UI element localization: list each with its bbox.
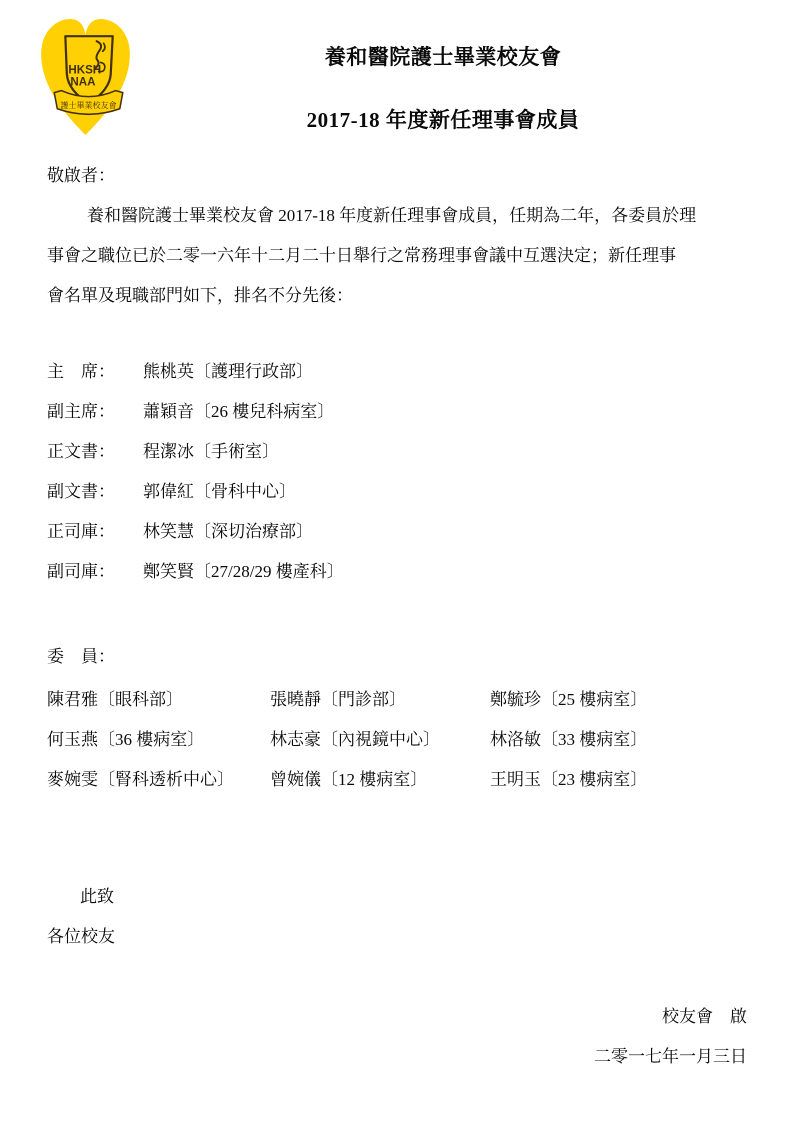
committee-grid: 陳君雅〔眼科部〕 張曉靜〔門診部〕 鄭毓珍〔25 樓病室〕 何玉燕〔36 樓病室… — [47, 680, 747, 800]
officer-row: 副主席：蕭穎音〔26 樓兒科病室〕 — [47, 392, 747, 432]
banner-text: 護士畢業校友會 — [60, 100, 116, 110]
paragraph-line: 會名單及現職部門如下，排名不分先後： — [47, 276, 747, 316]
officer-name: 程潔冰〔手術室〕 — [143, 442, 279, 461]
committee-member: 陳君雅〔眼科部〕 — [47, 680, 270, 720]
committee-member: 林志豪〔內視鏡中心〕 — [270, 720, 490, 760]
officer-name: 蕭穎音〔26 樓兒科病室〕 — [143, 402, 334, 421]
association-logo: HKSH NAA 護士畢業校友會 — [37, 12, 134, 139]
officer-title: 副司庫： — [47, 552, 143, 592]
logo-acronym-hksh: HKSH — [68, 64, 101, 76]
officer-name: 林笑慧〔深切治療部〕 — [143, 522, 313, 541]
page-title: 養和醫院護士畢業校友會 — [92, 0, 794, 70]
logo-acronym-naa: NAA — [70, 77, 96, 89]
opening-paragraph: 養和醫院護士畢業校友會 2017-18 年度新任理事會成員，任期為二年，各委員於… — [47, 196, 747, 316]
committee-member: 鄭毓珍〔25 樓病室〕 — [490, 680, 747, 720]
page-subtitle: 2017-18 年度新任理事會成員 — [92, 107, 794, 133]
signoff-date: 二零一七年一月三日 — [47, 1037, 747, 1077]
paragraph-line: 事會之職位已於二零一六年十二月二十日舉行之常務理事會議中互選決定；新任理事 — [47, 236, 747, 276]
closing-cizhi: 此致 — [47, 877, 747, 917]
closing-recipients: 各位校友 — [47, 917, 747, 957]
officer-row: 副文書：郭偉紅〔骨科中心〕 — [47, 472, 747, 512]
letter-body: 敬啟者： 養和醫院護士畢業校友會 2017-18 年度新任理事會成員，任期為二年… — [0, 156, 794, 1077]
committee-row: 何玉燕〔36 樓病室〕 林志豪〔內視鏡中心〕 林洛敏〔33 樓病室〕 — [47, 720, 747, 760]
document-page: HKSH NAA 護士畢業校友會 養和醫院護士畢業校友會 2017-18 年度新… — [0, 0, 794, 1123]
officers-list: 主 席：熊桃英〔護理行政部〕 副主席：蕭穎音〔26 樓兒科病室〕 正文書：程潔冰… — [47, 352, 747, 592]
committee-member: 林洛敏〔33 樓病室〕 — [490, 720, 747, 760]
officer-title: 正文書： — [47, 432, 143, 472]
officer-name: 郭偉紅〔骨科中心〕 — [143, 482, 296, 501]
officer-row: 副司庫：鄭笑賢〔27/28/29 樓產科〕 — [47, 552, 747, 592]
officer-name: 熊桃英〔護理行政部〕 — [143, 362, 313, 381]
closing-block: 此致 各位校友 — [47, 877, 747, 957]
officer-title: 正司庫： — [47, 512, 143, 552]
signoff-sender: 校友會 啟 — [47, 997, 747, 1037]
officer-title: 主 席： — [47, 352, 143, 392]
paragraph-line: 養和醫院護士畢業校友會 2017-18 年度新任理事會成員，任期為二年，各委員於… — [47, 196, 747, 236]
officer-row: 正司庫：林笑慧〔深切治療部〕 — [47, 512, 747, 552]
signoff-block: 校友會 啟 二零一七年一月三日 — [47, 997, 747, 1077]
officer-row: 正文書：程潔冰〔手術室〕 — [47, 432, 747, 472]
committee-member: 何玉燕〔36 樓病室〕 — [47, 720, 270, 760]
committee-member: 麥婉雯〔腎科透析中心〕 — [47, 760, 270, 800]
salutation: 敬啟者： — [47, 156, 747, 196]
committee-member: 張曉靜〔門診部〕 — [270, 680, 490, 720]
committee-label: 委 員： — [47, 637, 747, 677]
officer-name: 鄭笑賢〔27/28/29 樓產科〕 — [143, 562, 344, 581]
committee-row: 陳君雅〔眼科部〕 張曉靜〔門診部〕 鄭毓珍〔25 樓病室〕 — [47, 680, 747, 720]
committee-member: 曾婉儀〔12 樓病室〕 — [270, 760, 490, 800]
officer-row: 主 席：熊桃英〔護理行政部〕 — [47, 352, 747, 392]
officer-title: 副文書： — [47, 472, 143, 512]
officer-title: 副主席： — [47, 392, 143, 432]
committee-member: 王明玉〔23 樓病室〕 — [490, 760, 747, 800]
letter-header: 養和醫院護士畢業校友會 2017-18 年度新任理事會成員 — [92, 0, 794, 133]
committee-row: 麥婉雯〔腎科透析中心〕 曾婉儀〔12 樓病室〕 王明玉〔23 樓病室〕 — [47, 760, 747, 800]
